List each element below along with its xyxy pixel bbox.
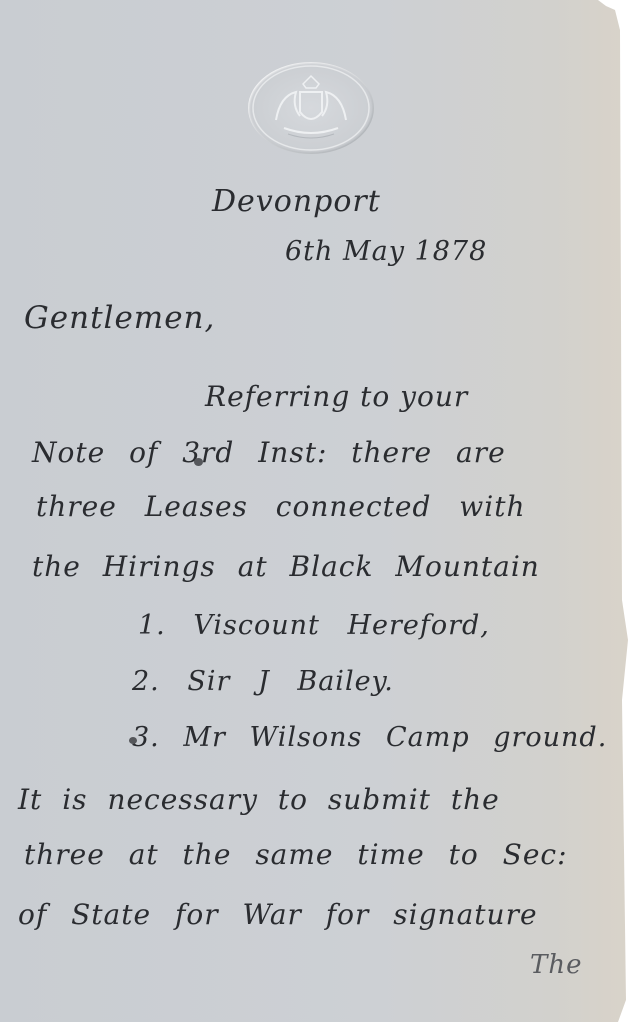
body-line: three at the same time to Sec:	[24, 838, 568, 871]
royal-coat-of-arms-emboss-icon	[248, 62, 374, 154]
letter-salutation: Gentlemen,	[24, 300, 215, 336]
list-item: 3. Mr Wilsons Camp ground.	[132, 722, 607, 753]
body-line: the Hirings at Black Mountain	[32, 550, 540, 583]
body-line: of State for War for signature	[18, 898, 538, 931]
list-item: 1. Viscount Hereford,	[138, 610, 490, 641]
body-line: Note of 3rd Inst: there are	[32, 436, 506, 469]
body-line: three Leases connected with	[36, 490, 526, 523]
letter-date: 6th May 1878	[285, 236, 487, 267]
list-item: 2. Sir J Bailey.	[132, 666, 394, 697]
letter-place: Devonport	[212, 184, 381, 219]
letter-page: Devonport 6th May 1878 Gentlemen, Referr…	[0, 0, 628, 1022]
ink-blot	[129, 737, 137, 744]
body-line: It is necessary to submit the	[18, 783, 500, 816]
body-line: Referring to your	[205, 380, 468, 413]
ink-blot	[194, 458, 203, 466]
catchword: The	[530, 950, 582, 980]
